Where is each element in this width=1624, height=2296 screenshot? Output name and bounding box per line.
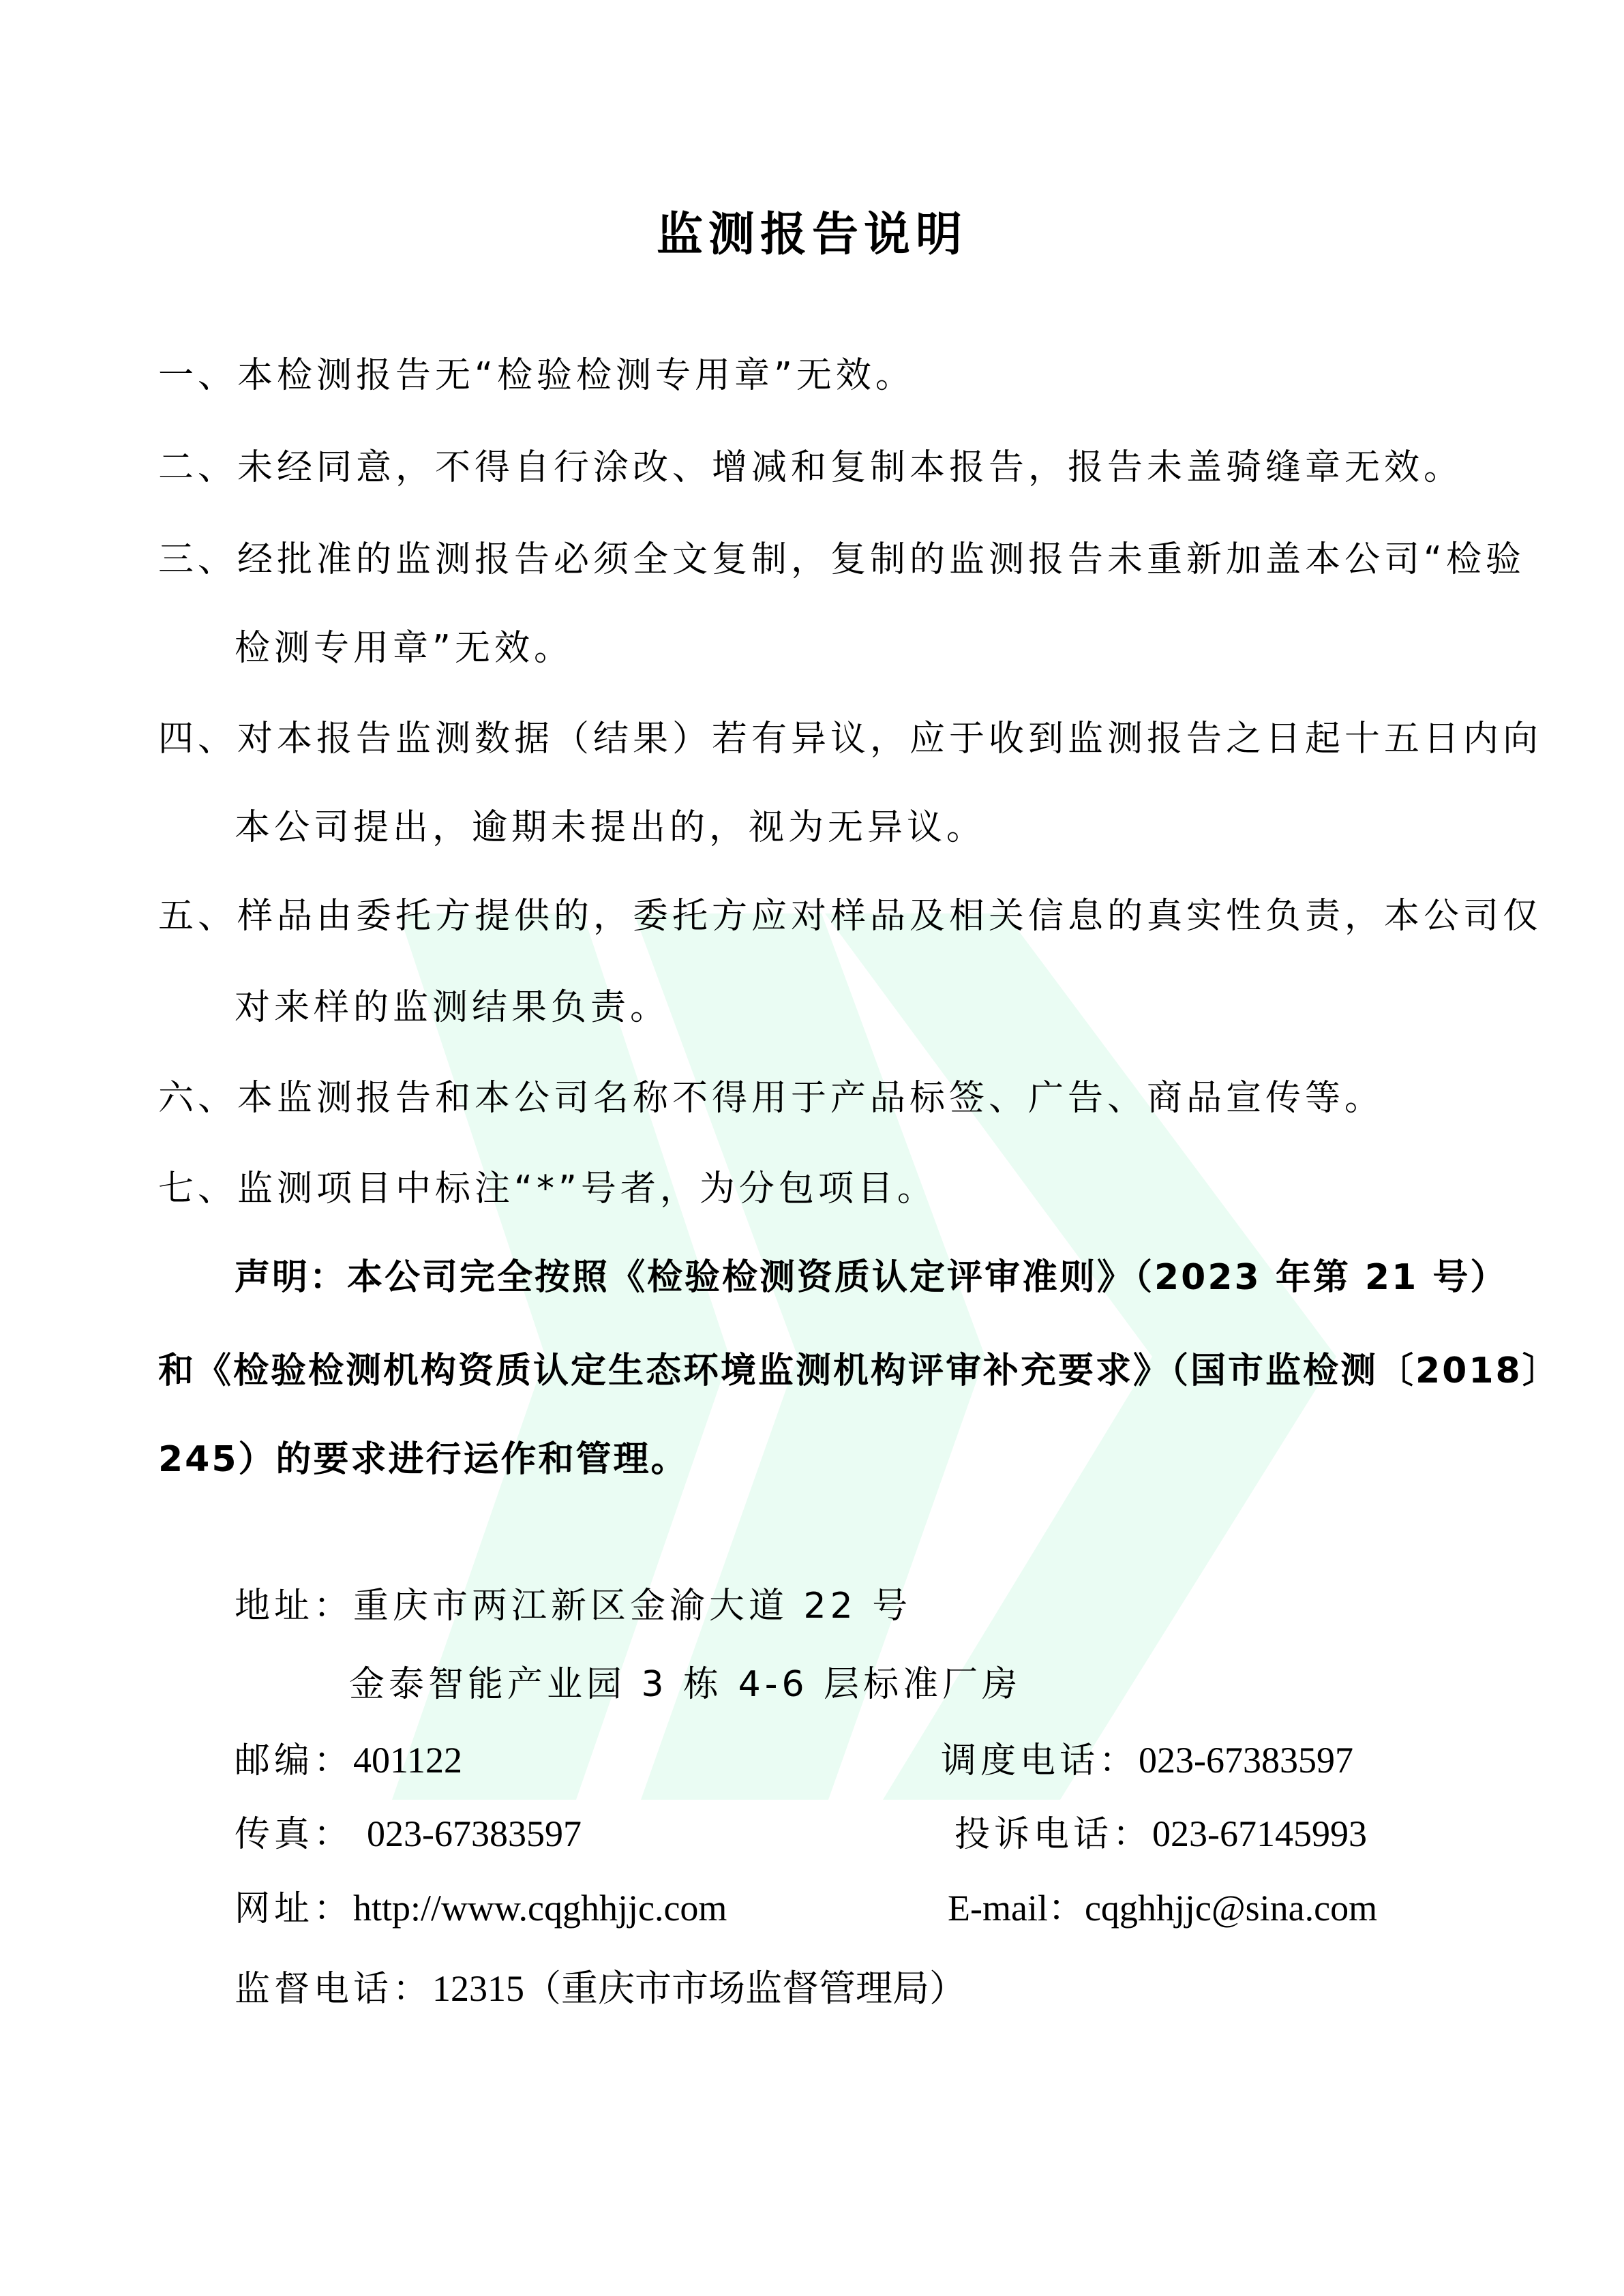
- note-item-6: 六、本监测报告和本公司名称不得用于产品标签、广告、商品宣传等。: [158, 1081, 1384, 1116]
- fax-value: 023-67383597: [367, 1813, 582, 1854]
- dispatch-phone-value: 023-67383597: [1139, 1740, 1353, 1781]
- page-title: 监测报告说明: [0, 198, 1624, 264]
- postcode-row: 邮编：401122: [235, 1742, 462, 1779]
- address-label: 地址：: [235, 1586, 353, 1627]
- dispatch-phone-row: 调度电话：023-67383597: [941, 1742, 1353, 1779]
- declaration-line-3: 245）的要求进行运作和管理。: [158, 1442, 689, 1477]
- note-item-2: 二、未经同意，不得自行涂改、增减和复制本报告，报告未盖骑缝章无效。: [158, 450, 1463, 485]
- note-item-7: 七、监测项目中标注“*”号者，为分包项目。: [158, 1171, 937, 1207]
- note-item-5-continuation: 对来样的监测结果负责。: [235, 990, 670, 1025]
- supervision-phone-label: 监督电话：: [235, 1969, 432, 2010]
- declaration-line-1: 声明：本公司完全按照《检验检测资质认定评审准则》（2023 年第 21 号）: [235, 1260, 1507, 1295]
- email-row: E-mail：cqghhjjc@sina.com: [948, 1890, 1377, 1927]
- complaint-phone-label: 投诉电话：: [954, 1814, 1152, 1855]
- declaration-line-2: 和《检验检测机构资质认定生态环境监测机构评审补充要求》（国市监检测〔2018〕: [158, 1353, 1560, 1389]
- postcode-label: 邮编：: [235, 1740, 353, 1781]
- postcode-value: 401122: [353, 1740, 462, 1781]
- website-link[interactable]: http://www.cqghhjjc.com: [353, 1888, 727, 1929]
- address-row: 地址：重庆市两江新区金渝大道 22 号: [235, 1588, 912, 1624]
- note-item-4: 四、对本报告监测数据（结果）若有异议，应于收到监测报告之日起十五日内向: [158, 721, 1542, 757]
- supervision-phone-row: 监督电话：12315（重庆市市场监督管理局）: [235, 1970, 966, 2007]
- report-notes-page: 监测报告说明 一、本检测报告无“检验检测专用章”无效。 二、未经同意，不得自行涂…: [0, 0, 1624, 2296]
- note-item-3-continuation: 检测专用章”无效。: [235, 631, 573, 666]
- note-item-5: 五、样品由委托方提供的，委托方应对样品及相关信息的真实性负责，本公司仅: [158, 898, 1542, 934]
- note-item-4-continuation: 本公司提出，逾期未提出的，视为无异议。: [235, 810, 986, 845]
- note-item-3: 三、经批准的监测报告必须全文复制，复制的监测报告未重新加盖本公司“检验: [158, 542, 1525, 577]
- fax-row: 传真：023-67383597: [235, 1815, 582, 1852]
- dispatch-phone-label: 调度电话：: [941, 1740, 1139, 1781]
- email-link[interactable]: cqghhjjc@sina.com: [1085, 1888, 1377, 1929]
- website-label: 网址：: [235, 1888, 353, 1929]
- note-item-1: 一、本检测报告无“检验检测专用章”无效。: [158, 358, 915, 393]
- email-label: E-mail：: [948, 1888, 1085, 1929]
- complaint-phone-row: 投诉电话：023-67145993: [954, 1815, 1367, 1852]
- website-row: 网址：http://www.cqghhjjc.com: [235, 1890, 727, 1927]
- complaint-phone-value: 023-67145993: [1152, 1813, 1367, 1854]
- fax-label: 传真：: [235, 1814, 353, 1855]
- address-line-1: 重庆市两江新区金渝大道 22 号: [353, 1586, 912, 1627]
- supervision-phone-value: 12315（重庆市市场监督管理局）: [432, 1968, 966, 2009]
- address-line-2: 金泰智能产业园 3 栋 4-6 层标准厂房: [349, 1667, 1021, 1702]
